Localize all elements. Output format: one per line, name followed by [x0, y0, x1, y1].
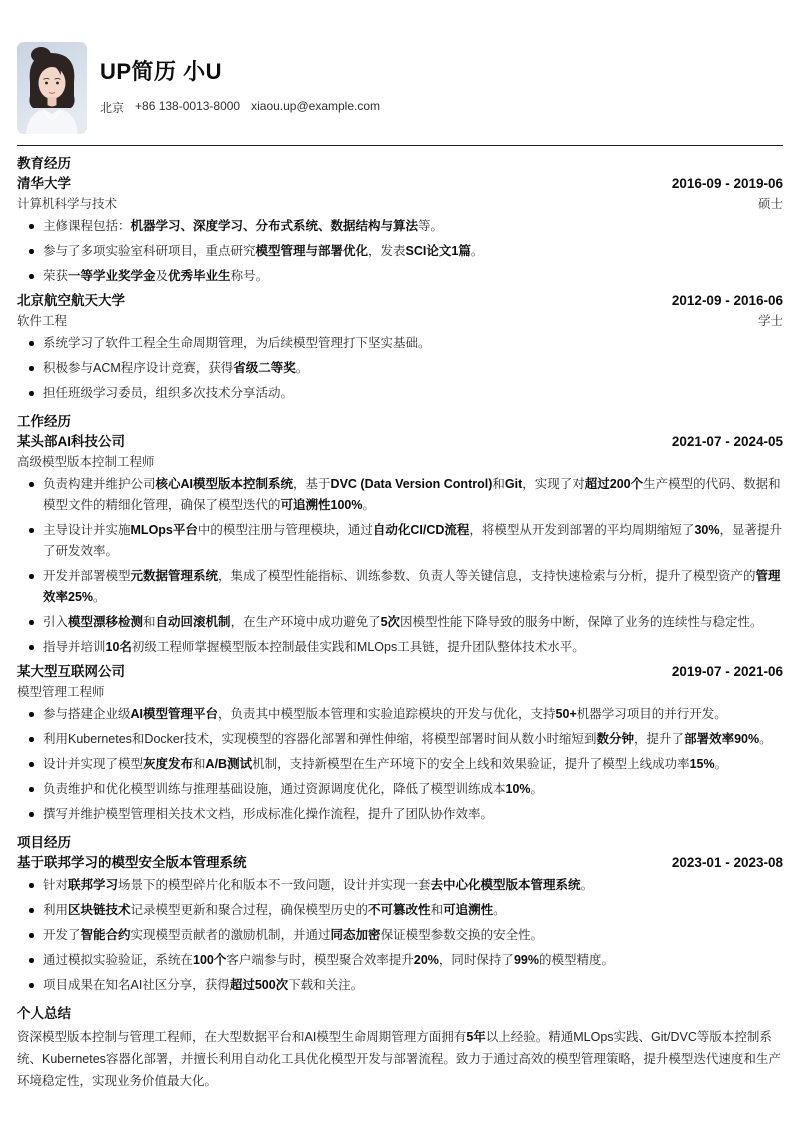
section-work: 工作经历某头部AI科技公司2021-07 - 2024-05高级模型版本控制工程…	[17, 412, 783, 825]
bullet-item: 通过模拟实验验证，系统在100个客户端参与时，模型聚合效率提升20%，同时保持了…	[17, 950, 783, 971]
entry: 某大型互联网公司2019-07 - 2021-06模型管理工程师参与搭建企业级A…	[17, 662, 783, 825]
bullet-item: 引入模型漂移检测和自动回滚机制，在生产环境中成功避免了5次因模型性能下降导致的服…	[17, 612, 783, 633]
contact-info: 北京 +86 138-0013-8000 xiaou.up@example.co…	[100, 99, 380, 116]
resume-header: UP简历 小U 北京 +86 138-0013-8000 xiaou.up@ex…	[17, 42, 783, 134]
section-education: 教育经历清华大学2016-09 - 2019-06计算机科学与技术硕士主修课程包…	[17, 154, 783, 404]
bullet-item: 开发了智能合约实现模型贡献者的激励机制，并通过同态加密保证模型参数交换的安全性。	[17, 925, 783, 946]
section-title: 个人总结	[17, 1004, 783, 1024]
header-divider	[17, 145, 783, 146]
bullet-list: 针对联邦学习场景下的模型碎片化和版本不一致问题，设计并实现一套去中心化模型版本管…	[17, 875, 783, 996]
entry-sub: 计算机科学与技术硕士	[17, 194, 783, 214]
section-title: 教育经历	[17, 154, 783, 174]
bullet-list: 系统学习了软件工程全生命周期管理，为后续模型管理打下坚实基础。积极参与ACM程序…	[17, 333, 783, 404]
section-title: 工作经历	[17, 412, 783, 432]
bullet-item: 参与了多项实验室科研项目，重点研究模型管理与部署优化，发表SCI论文1篇。	[17, 241, 783, 262]
entry-sub: 软件工程学士	[17, 311, 783, 331]
bullet-item: 荣获一等学业奖学金及优秀毕业生称号。	[17, 266, 783, 287]
bullet-list: 主修课程包括：机器学习、深度学习、分布式系统、数据结构与算法等。参与了多项实验室…	[17, 216, 783, 287]
entry: 某头部AI科技公司2021-07 - 2024-05高级模型版本控制工程师负责构…	[17, 432, 783, 658]
resume-sections: 教育经历清华大学2016-09 - 2019-06计算机科学与技术硕士主修课程包…	[17, 154, 783, 1092]
bullet-item: 参与搭建企业级AI模型管理平台，负责其中模型版本管理和实验追踪模块的开发与优化，…	[17, 704, 783, 725]
bullet-list: 参与搭建企业级AI模型管理平台，负责其中模型版本管理和实验追踪模块的开发与优化，…	[17, 704, 783, 825]
bullet-item: 利用Kubernetes和Docker技术，实现模型的容器化部署和弹性伸缩，将模…	[17, 729, 783, 750]
entry-org: 北京航空航天大学	[17, 291, 125, 311]
profile-photo	[17, 42, 87, 134]
entry-head: 北京航空航天大学2012-09 - 2016-06	[17, 291, 783, 311]
entry-date: 2012-09 - 2016-06	[672, 291, 783, 311]
section-title: 项目经历	[17, 833, 783, 853]
entry-role: 计算机科学与技术	[17, 194, 117, 214]
entry-org: 基于联邦学习的模型安全版本管理系统	[17, 853, 247, 873]
bullet-item: 设计并实现了模型灰度发布和A/B测试机制，支持新模型在生产环境下的安全上线和效果…	[17, 754, 783, 775]
entry: 北京航空航天大学2012-09 - 2016-06软件工程学士系统学习了软件工程…	[17, 291, 783, 404]
entry-head: 某头部AI科技公司2021-07 - 2024-05	[17, 432, 783, 452]
entry-head: 基于联邦学习的模型安全版本管理系统2023-01 - 2023-08	[17, 853, 783, 873]
entry-date: 2023-01 - 2023-08	[672, 853, 783, 873]
entry-role: 软件工程	[17, 311, 67, 331]
header-text: UP简历 小U 北京 +86 138-0013-8000 xiaou.up@ex…	[100, 42, 380, 116]
bullet-item: 利用区块链技术记录模型更新和聚合过程，确保模型历史的不可篡改性和可追溯性。	[17, 900, 783, 921]
bullet-list: 负责构建并维护公司核心AI模型版本控制系统，基于DVC (Data Versio…	[17, 474, 783, 658]
entry-degree: 学士	[758, 311, 783, 331]
bullet-item: 负责构建并维护公司核心AI模型版本控制系统，基于DVC (Data Versio…	[17, 474, 783, 516]
entry-sub: 高级模型版本控制工程师	[17, 452, 783, 472]
bullet-item: 指导并培训10名初级工程师掌握模型版本控制最佳实践和MLOps工具链，提升团队整…	[17, 637, 783, 658]
contact-email: xiaou.up@example.com	[251, 99, 380, 116]
bullet-item: 撰写并维护模型管理相关技术文档，形成标准化操作流程，提升了团队协作效率。	[17, 804, 783, 825]
portrait-illustration	[17, 42, 87, 134]
entry-sub: 模型管理工程师	[17, 682, 783, 702]
section-summary: 个人总结资深模型版本控制与管理工程师，在大型数据平台和AI模型生命周期管理方面拥…	[17, 1004, 783, 1092]
entry-date: 2021-07 - 2024-05	[672, 432, 783, 452]
bullet-item: 积极参与ACM程序设计竞赛，获得省级二等奖。	[17, 358, 783, 379]
entry: 清华大学2016-09 - 2019-06计算机科学与技术硕士主修课程包括：机器…	[17, 174, 783, 287]
entry-date: 2019-07 - 2021-06	[672, 662, 783, 682]
bullet-item: 负责维护和优化模型训练与推理基础设施，通过资源调度优化，降低了模型训练成本10%…	[17, 779, 783, 800]
bullet-item: 主修课程包括：机器学习、深度学习、分布式系统、数据结构与算法等。	[17, 216, 783, 237]
candidate-name: UP简历 小U	[100, 55, 380, 86]
bullet-item: 主导设计并实施MLOps平台中的模型注册与管理模块，通过自动化CI/CD流程，将…	[17, 520, 783, 562]
bullet-item: 开发并部署模型元数据管理系统，集成了模型性能指标、训练参数、负责人等关键信息，支…	[17, 566, 783, 608]
entry-org: 清华大学	[17, 174, 71, 194]
resume-page: UP简历 小U 北京 +86 138-0013-8000 xiaou.up@ex…	[0, 0, 800, 1092]
entry: 基于联邦学习的模型安全版本管理系统2023-01 - 2023-08针对联邦学习…	[17, 853, 783, 996]
bullet-item: 针对联邦学习场景下的模型碎片化和版本不一致问题，设计并实现一套去中心化模型版本管…	[17, 875, 783, 896]
bullet-item: 项目成果在知名AI社区分享，获得超过500次下载和关注。	[17, 975, 783, 996]
contact-phone: +86 138-0013-8000	[135, 99, 240, 116]
entry-head: 清华大学2016-09 - 2019-06	[17, 174, 783, 194]
entry-degree: 硕士	[758, 194, 783, 214]
bullet-item: 担任班级学习委员，组织多次技术分享活动。	[17, 383, 783, 404]
entry-date: 2016-09 - 2019-06	[672, 174, 783, 194]
summary-text: 资深模型版本控制与管理工程师，在大型数据平台和AI模型生命周期管理方面拥有5年以…	[17, 1026, 783, 1092]
section-projects: 项目经历基于联邦学习的模型安全版本管理系统2023-01 - 2023-08针对…	[17, 833, 783, 996]
contact-location: 北京	[100, 99, 124, 116]
entry-role: 高级模型版本控制工程师	[17, 452, 155, 472]
entry-head: 某大型互联网公司2019-07 - 2021-06	[17, 662, 783, 682]
bullet-item: 系统学习了软件工程全生命周期管理，为后续模型管理打下坚实基础。	[17, 333, 783, 354]
entry-org: 某头部AI科技公司	[17, 432, 125, 452]
entry-org: 某大型互联网公司	[17, 662, 125, 682]
entry-role: 模型管理工程师	[17, 682, 105, 702]
